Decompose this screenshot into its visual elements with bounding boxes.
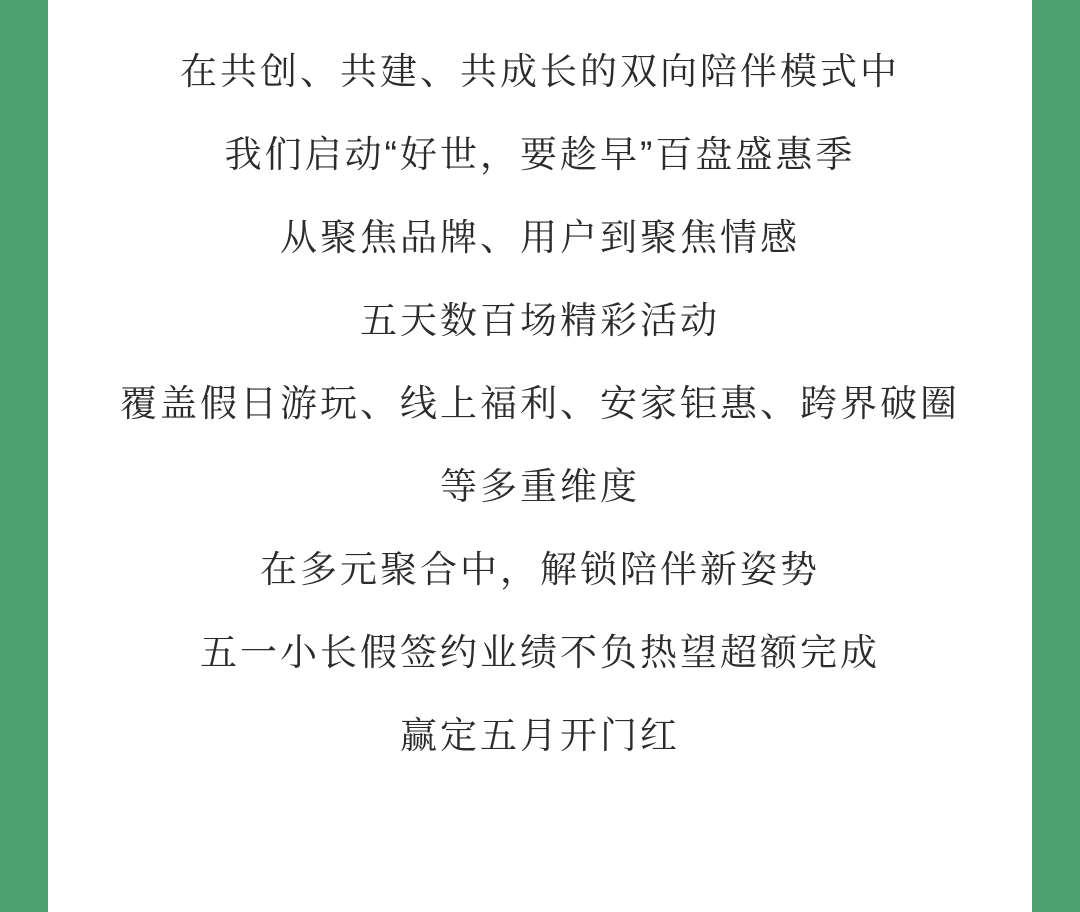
left-green-border xyxy=(0,0,48,912)
text-line-7: 在多元聚合中，解锁陪伴新姿势 xyxy=(48,528,1032,611)
text-line-1: 在共创、共建、共成长的双向陪伴模式中 xyxy=(48,30,1032,113)
text-line-8: 五一小长假签约业绩不负热望超额完成 xyxy=(48,611,1032,694)
text-line-9: 赢定五月开门红 xyxy=(48,694,1032,777)
text-line-3: 从聚焦品牌、用户到聚焦情感 xyxy=(48,196,1032,279)
text-line-4: 五天数百场精彩活动 xyxy=(48,279,1032,362)
right-green-border xyxy=(1032,0,1080,912)
text-line-6: 等多重维度 xyxy=(48,445,1032,528)
text-line-2: 我们启动“好世，要趁早”百盘盛惠季 xyxy=(48,113,1032,196)
content-area: 在共创、共建、共成长的双向陪伴模式中 我们启动“好世，要趁早”百盘盛惠季 从聚焦… xyxy=(48,0,1032,912)
text-line-5: 覆盖假日游玩、线上福利、安家钜惠、跨界破圈 xyxy=(48,362,1032,445)
promo-text-page: 在共创、共建、共成长的双向陪伴模式中 我们启动“好世，要趁早”百盘盛惠季 从聚焦… xyxy=(0,0,1080,912)
